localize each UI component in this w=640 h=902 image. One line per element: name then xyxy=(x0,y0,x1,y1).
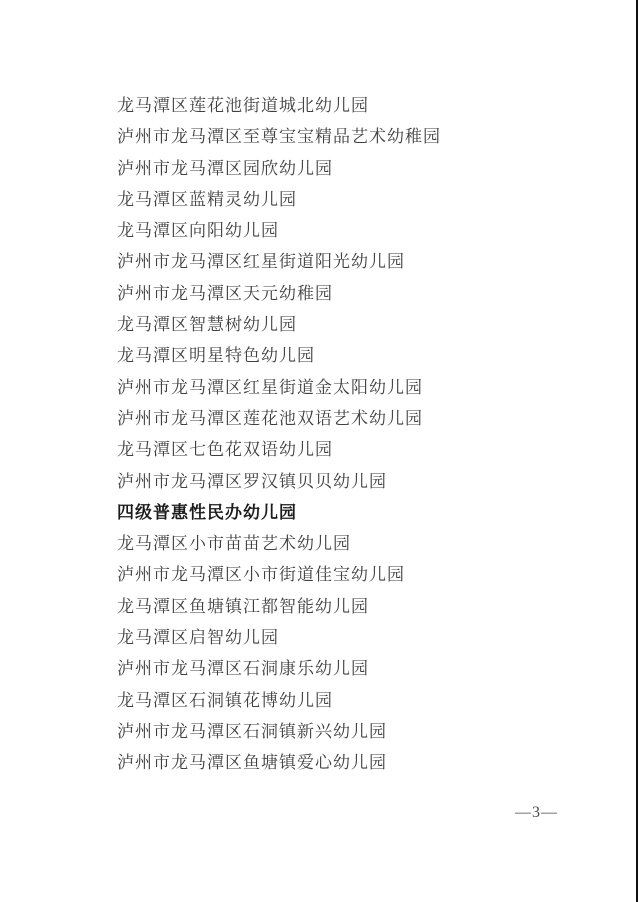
list-item: 龙马潭区智慧树幼儿园 xyxy=(117,309,617,340)
list-item: 泸州市龙马潭区天元幼稚园 xyxy=(117,278,617,309)
list-item: 龙马潭区鱼塘镇江都智能幼儿园 xyxy=(117,591,617,622)
list-item: 泸州市龙马潭区鱼塘镇爱心幼儿园 xyxy=(117,747,617,778)
list-item: 泸州市龙马潭区园欣幼儿园 xyxy=(117,153,617,184)
list-item: 龙马潭区七色花双语幼儿园 xyxy=(117,434,617,465)
kindergarten-list-level3: 龙马潭区莲花池街道城北幼儿园泸州市龙马潭区至尊宝宝精品艺术幼稚园泸州市龙马潭区园… xyxy=(117,90,617,497)
list-item: 泸州市龙马潭区石洞镇新兴幼儿园 xyxy=(117,716,617,747)
list-item: 龙马潭区启智幼儿园 xyxy=(117,622,617,653)
document-body: 龙马潭区莲花池街道城北幼儿园泸州市龙马潭区至尊宝宝精品艺术幼稚园泸州市龙马潭区园… xyxy=(117,90,617,779)
list-item: 龙马潭区明星特色幼儿园 xyxy=(117,340,617,371)
list-item: 龙马潭区蓝精灵幼儿园 xyxy=(117,184,617,215)
kindergarten-list-level4: 龙马潭区小市苗苗艺术幼儿园泸州市龙马潭区小市街道佳宝幼儿园龙马潭区鱼塘镇江都智能… xyxy=(117,528,617,778)
list-item: 泸州市龙马潭区小市街道佳宝幼儿园 xyxy=(117,559,617,590)
scan-edge-line xyxy=(636,0,638,902)
list-item: 泸州市龙马潭区莲花池双语艺术幼儿园 xyxy=(117,403,617,434)
list-item: 龙马潭区石洞镇花博幼儿园 xyxy=(117,685,617,716)
list-item: 泸州市龙马潭区至尊宝宝精品艺术幼稚园 xyxy=(117,121,617,152)
document-page: 龙马潭区莲花池街道城北幼儿园泸州市龙马潭区至尊宝宝精品艺术幼稚园泸州市龙马潭区园… xyxy=(0,0,640,902)
list-item: 泸州市龙马潭区石洞康乐幼儿园 xyxy=(117,653,617,684)
page-number: —3— xyxy=(515,803,558,823)
list-item: 龙马潭区小市苗苗艺术幼儿园 xyxy=(117,528,617,559)
list-item: 泸州市龙马潭区红星街道金太阳幼儿园 xyxy=(117,372,617,403)
list-item: 泸州市龙马潭区罗汉镇贝贝幼儿园 xyxy=(117,466,617,497)
list-item: 泸州市龙马潭区红星街道阳光幼儿园 xyxy=(117,246,617,277)
list-item: 龙马潭区向阳幼儿园 xyxy=(117,215,617,246)
list-item: 龙马潭区莲花池街道城北幼儿园 xyxy=(117,90,617,121)
section-heading-level4: 四级普惠性民办幼儿园 xyxy=(117,497,617,528)
